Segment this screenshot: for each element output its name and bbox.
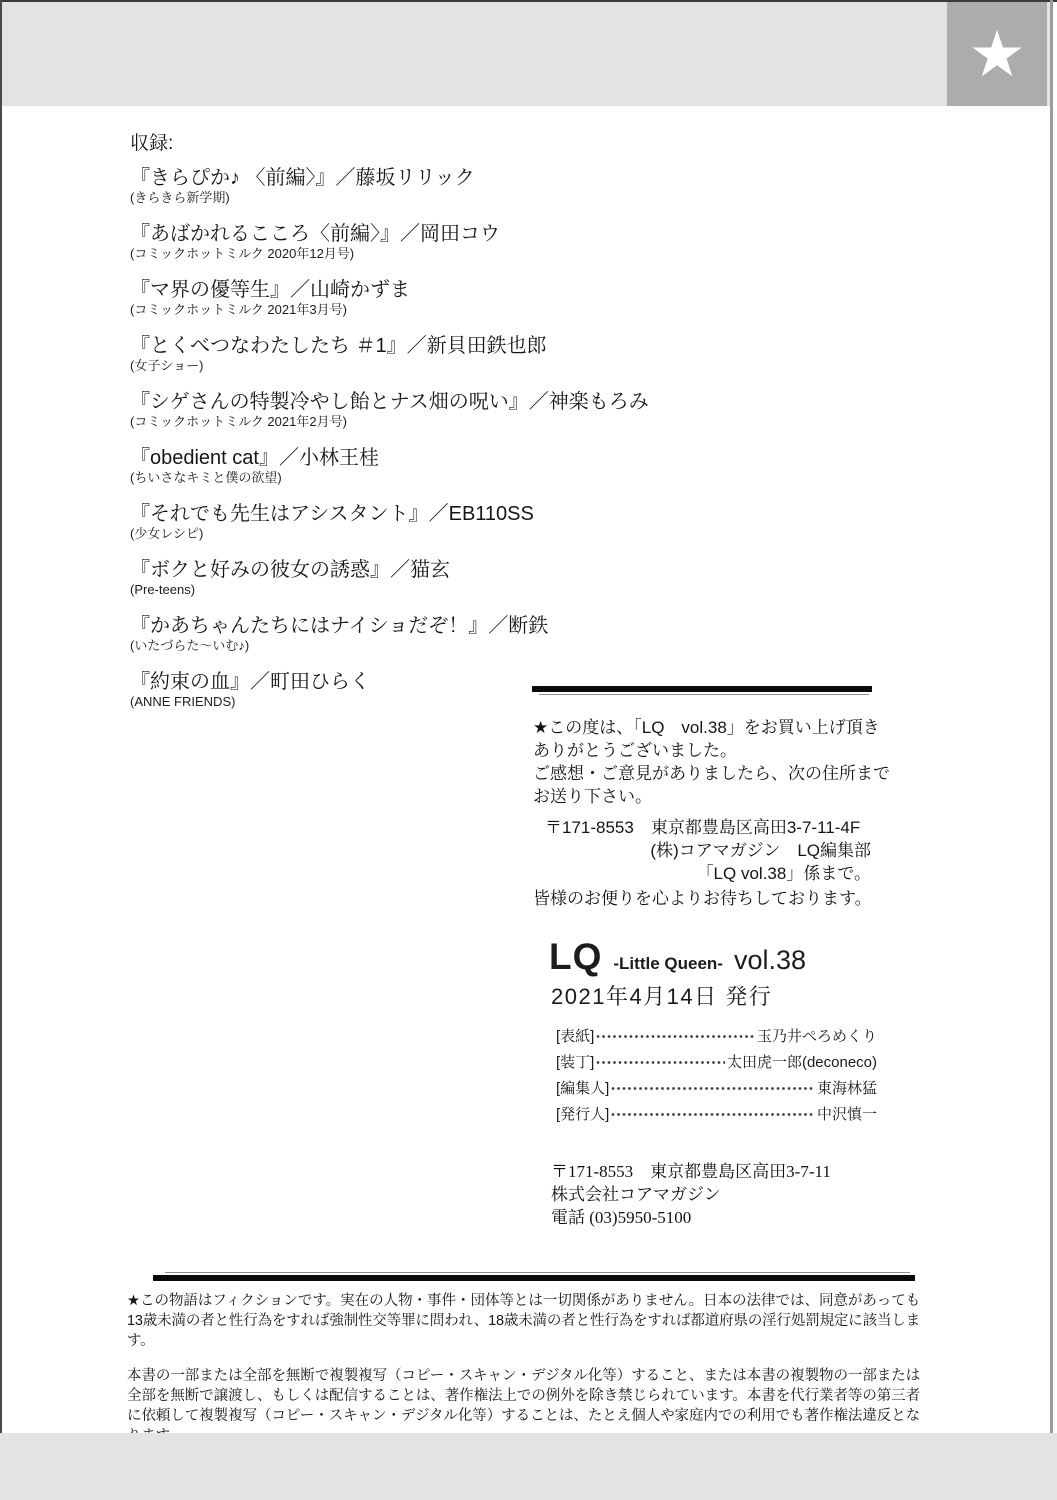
issue-date: 2021年4月14日 発行: [551, 980, 772, 1011]
toc-item-note: (コミックホットミルク 2021年3月号): [130, 302, 560, 318]
toc-item: 『約束の血』／町田ひらく (ANNE FRIENDS): [130, 671, 560, 710]
mailing-address-line: 「LQ vol.38」係まで。: [533, 862, 871, 885]
toc-item-note: (Pre-teens): [130, 582, 560, 598]
closing-line: 皆様のお便りを心よりお待ちしております。: [533, 887, 871, 910]
divider-bottom: [153, 1272, 915, 1281]
page-left-edge: [0, 0, 2, 1433]
thanks-line: お送り下さい。: [533, 785, 871, 808]
toc-item-note: (ANNE FRIENDS): [130, 694, 560, 710]
thanks-line: ★この度は、「LQ vol.38」をお買い上げ頂き: [533, 716, 871, 739]
toc-item: 『とくべつなわたしたち ＃1』／新貝田鉄也郎 (女子ショー): [130, 335, 560, 374]
toc-item-note: (少女レシピ): [130, 526, 560, 542]
lq-logo: LQ: [549, 936, 602, 978]
legal-paragraph: ★この物語はフィクションです。実在の人物・事件・団体等とは一切関係がありません。…: [127, 1291, 920, 1351]
credit-label: [発行人]: [556, 1103, 609, 1124]
lq-subtitle: -Little Queen-: [613, 954, 723, 974]
dot-leader: [596, 1034, 755, 1039]
star-badge: ★: [947, 2, 1047, 106]
credit-label: [装丁]: [556, 1051, 594, 1072]
credit-row: [発行人] 中沢慎一: [556, 1100, 877, 1126]
toc-item-note: (コミックホットミルク 2020年12月号): [130, 246, 560, 262]
mailing-address-line: 〒171-8553 東京都豊島区高田3-7-11-4F: [533, 816, 871, 839]
mailing-address-line: (株)コアマガジン LQ編集部: [533, 839, 871, 862]
footer-band: [0, 1433, 1057, 1500]
page-right-edge: [1050, 0, 1053, 1433]
toc-item-title: 『きらぴか♪ 〈前編〉』／藤坂リリック: [130, 167, 560, 189]
toc-item: 『きらぴか♪ 〈前編〉』／藤坂リリック (きらきら新学期): [130, 167, 560, 206]
toc-item-note: (ちいさなキミと僕の欲望): [130, 470, 560, 486]
divider-bottom-thick-bar: [153, 1275, 915, 1281]
star-icon: ★: [968, 22, 1025, 86]
divider-top-thin-line: [539, 694, 869, 695]
credit-name: 太田虎一郎(deconeco): [727, 1051, 877, 1072]
credit-name: 東海林猛: [817, 1077, 877, 1098]
toc-item: 『あばかれるこころ〈前編〉』／岡田コウ (コミックホットミルク 2020年12月…: [130, 223, 560, 262]
divider-top-thick-bar: [532, 686, 872, 692]
toc-item-title: 『約束の血』／町田ひらく: [130, 671, 560, 693]
toc-item: 『それでも先生はアシスタント』／EB110SS (少女レシピ): [130, 503, 560, 542]
thanks-line: ご感想・ご意見がありましたら、次の住所まで: [533, 762, 871, 785]
thanks-line: ありがとうございました。: [533, 739, 871, 762]
dot-leader: [596, 1060, 725, 1065]
toc-item-title: 『ボクと好みの彼女の誘惑』／猫玄: [130, 559, 560, 581]
toc-item: 『シゲさんの特製冷やし飴とナス畑の呪い』／神楽もろみ (コミックホットミルク 2…: [130, 391, 560, 430]
credit-label: [編集人]: [556, 1077, 609, 1098]
toc-item-note: (きらきら新学期): [130, 190, 560, 206]
header-band: [2, 2, 1050, 106]
publisher-address: 〒171-8553 東京都豊島区高田3-7-11 株式会社コアマガジン 電話 (…: [551, 1160, 831, 1229]
toc-item-title: 『それでも先生はアシスタント』／EB110SS: [130, 503, 560, 525]
toc-item: 『かあちゃんたちにはナイショだぞ！』／断鉄 (いたづらた〜いむ♪): [130, 615, 560, 654]
toc-item-title: 『とくべつなわたしたち ＃1』／新貝田鉄也郎: [130, 335, 560, 357]
credit-name: 中沢慎一: [817, 1103, 877, 1124]
toc-section: 収録: 『きらぴか♪ 〈前編〉』／藤坂リリック (きらきら新学期) 『あばかれる…: [130, 133, 560, 727]
credit-row: [表紙] 玉乃井ぺろめくり: [556, 1022, 877, 1048]
thanks-section: ★この度は、「LQ vol.38」をお買い上げ頂き ありがとうございました。 ご…: [533, 716, 871, 910]
mailing-address: 〒171-8553 東京都豊島区高田3-7-11-4F (株)コアマガジン LQ…: [533, 816, 871, 885]
toc-item-title: 『マ界の優等生』／山崎かずま: [130, 279, 560, 301]
toc-item-note: (コミックホットミルク 2021年2月号): [130, 414, 560, 430]
credit-name: 玉乃井ぺろめくり: [757, 1025, 877, 1046]
toc-item-title: 『かあちゃんたちにはナイショだぞ！』／断鉄: [130, 615, 560, 637]
publisher-line: 株式会社コアマガジン: [551, 1183, 831, 1206]
toc-item: 『マ界の優等生』／山崎かずま (コミックホットミルク 2021年3月号): [130, 279, 560, 318]
toc-item-title: 『あばかれるこころ〈前編〉』／岡田コウ: [130, 223, 560, 245]
toc-item: 『ボクと好みの彼女の誘惑』／猫玄 (Pre-teens): [130, 559, 560, 598]
credit-row: [編集人] 東海林猛: [556, 1074, 877, 1100]
divider-bottom-thin-line: [165, 1272, 910, 1273]
publisher-line: 〒171-8553 東京都豊島区高田3-7-11: [551, 1160, 831, 1183]
toc-item-note: (女子ショー): [130, 358, 560, 374]
credits-list: [表紙] 玉乃井ぺろめくり [装丁] 太田虎一郎(deconeco) [編集人]…: [556, 1022, 877, 1126]
toc-item-title: 『obedient cat』／小林王桂: [130, 447, 560, 469]
lq-volume: vol.38: [734, 945, 806, 976]
publication-title: LQ -Little Queen- vol.38: [549, 936, 806, 978]
dot-leader: [611, 1086, 815, 1091]
toc-item-note: (いたづらた〜いむ♪): [130, 638, 560, 654]
toc-item-title: 『シゲさんの特製冷やし飴とナス畑の呪い』／神楽もろみ: [130, 391, 560, 413]
dot-leader: [611, 1112, 815, 1117]
divider-top: [532, 686, 872, 695]
credit-label: [表紙]: [556, 1025, 594, 1046]
publisher-line: 電話 (03)5950-5100: [551, 1206, 831, 1229]
credit-row: [装丁] 太田虎一郎(deconeco): [556, 1048, 877, 1074]
toc-item: 『obedient cat』／小林王桂 (ちいさなキミと僕の欲望): [130, 447, 560, 486]
toc-heading: 収録:: [130, 133, 560, 155]
